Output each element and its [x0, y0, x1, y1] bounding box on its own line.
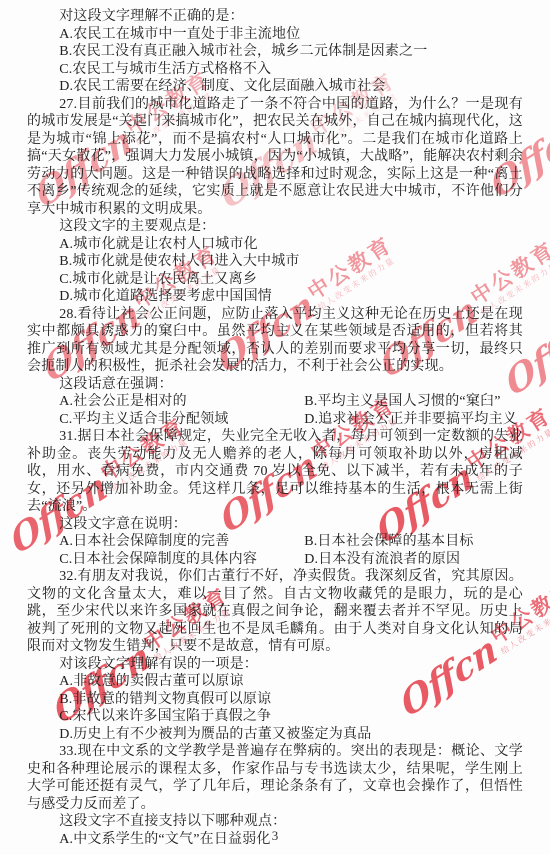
answer-option: B.城市化就是使农村人口进入大中城市	[27, 253, 523, 271]
answer-option: D.追求社会公正并非要搞平均主义	[304, 412, 517, 427]
answer-options-row: A.社会公正是相对的B.平均主义是国人习惯的“窠臼”	[27, 393, 523, 411]
answer-option: A.日本社会保障制度的完善	[59, 533, 304, 551]
answer-options-row: A.日本社会保障制度的完善B.日本社会保障的基本目标	[27, 533, 523, 551]
question-paragraph: 28.看待让社会公正问题，应防止落入平均主义这种无论在历史上还是在现实中都颇具诱…	[27, 306, 523, 376]
answer-option: C.农民工与城市生活方式格格不入	[27, 61, 523, 79]
question-prompt: 对这段文字理解不正确的是：	[27, 8, 523, 26]
page-number: 3	[0, 828, 550, 844]
answer-option: C.日本社会保障制度的具体内容	[59, 551, 304, 569]
answer-option: B.农民工没有真正融入城市社会，城乡二元体制是因素之一	[27, 43, 523, 61]
answer-option: A.农民工在城市中一直处于非主流地位	[27, 26, 523, 44]
exam-text-body: 对这段文字理解不正确的是：A.农民工在城市中一直处于非主流地位B.农民工没有真正…	[0, 0, 550, 848]
question-paragraph: 27.目前我们的城市化道路走了一条不符合中国的道路，为什么？一是现有的城市发展是…	[27, 96, 523, 219]
answer-option: B.日本社会保障的基本目标	[304, 534, 473, 549]
question-prompt: 这段文字意在说明：	[27, 516, 523, 534]
answer-option: D.农民工需要在经济、制度、文化层面融入城市社会	[27, 78, 523, 96]
answer-option: B.平均主义是国人习惯的“窠臼”	[304, 394, 500, 409]
question-paragraph: 33.现在中文系的文学教学是普遍存在弊病的。突出的表现是：概论、文学史和各种理论…	[27, 743, 523, 813]
answer-options-row: C.平均主义适合非分配领域D.追求社会公正并非要搞平均主义	[27, 411, 523, 429]
answer-option: A.城市化就是让农村人口城市化	[27, 236, 523, 254]
answer-option: D.城市化道路选择要考虑中国国情	[27, 288, 523, 306]
answer-option: C.城市化就是让农民离土又离乡	[27, 271, 523, 289]
question-prompt: 这段话意在强调：	[27, 376, 523, 394]
answer-option: A.社会公正是相对的	[59, 393, 304, 411]
answer-option: C.宋代以来许多国宝陷于真假之争	[27, 708, 523, 726]
answer-option: A.非故意的卖假古董可以原谅	[27, 673, 523, 691]
answer-option: D.日本没有流浪者的原因	[304, 552, 460, 567]
answer-option: C.平均主义适合非分配领域	[59, 411, 304, 429]
answer-option: B.非故意的错判文物真假可以原谅	[27, 691, 523, 709]
question-prompt: 这段文字的主要观点是：	[27, 218, 523, 236]
document-page: Offcn 中公教育 给人改变未来的力量 Offcn 中公教育 给人改变未来的力…	[0, 0, 550, 855]
question-prompt: 对该段文字理解有误的一项是：	[27, 656, 523, 674]
question-paragraph: 31.据日本社会保障规定，失业完全无收入者，每月可领到一定数额的失业补助金。丧失…	[27, 428, 523, 516]
answer-option: D.历史上有不少被判为赝品的古董又被鉴定为真品	[27, 726, 523, 744]
answer-options-row: C.日本社会保障制度的具体内容D.日本没有流浪者的原因	[27, 551, 523, 569]
question-paragraph: 32.有朋友对我说，你们古董行不好，净卖假货。我深刻反省，究其原因。文物的文化含…	[27, 568, 523, 656]
